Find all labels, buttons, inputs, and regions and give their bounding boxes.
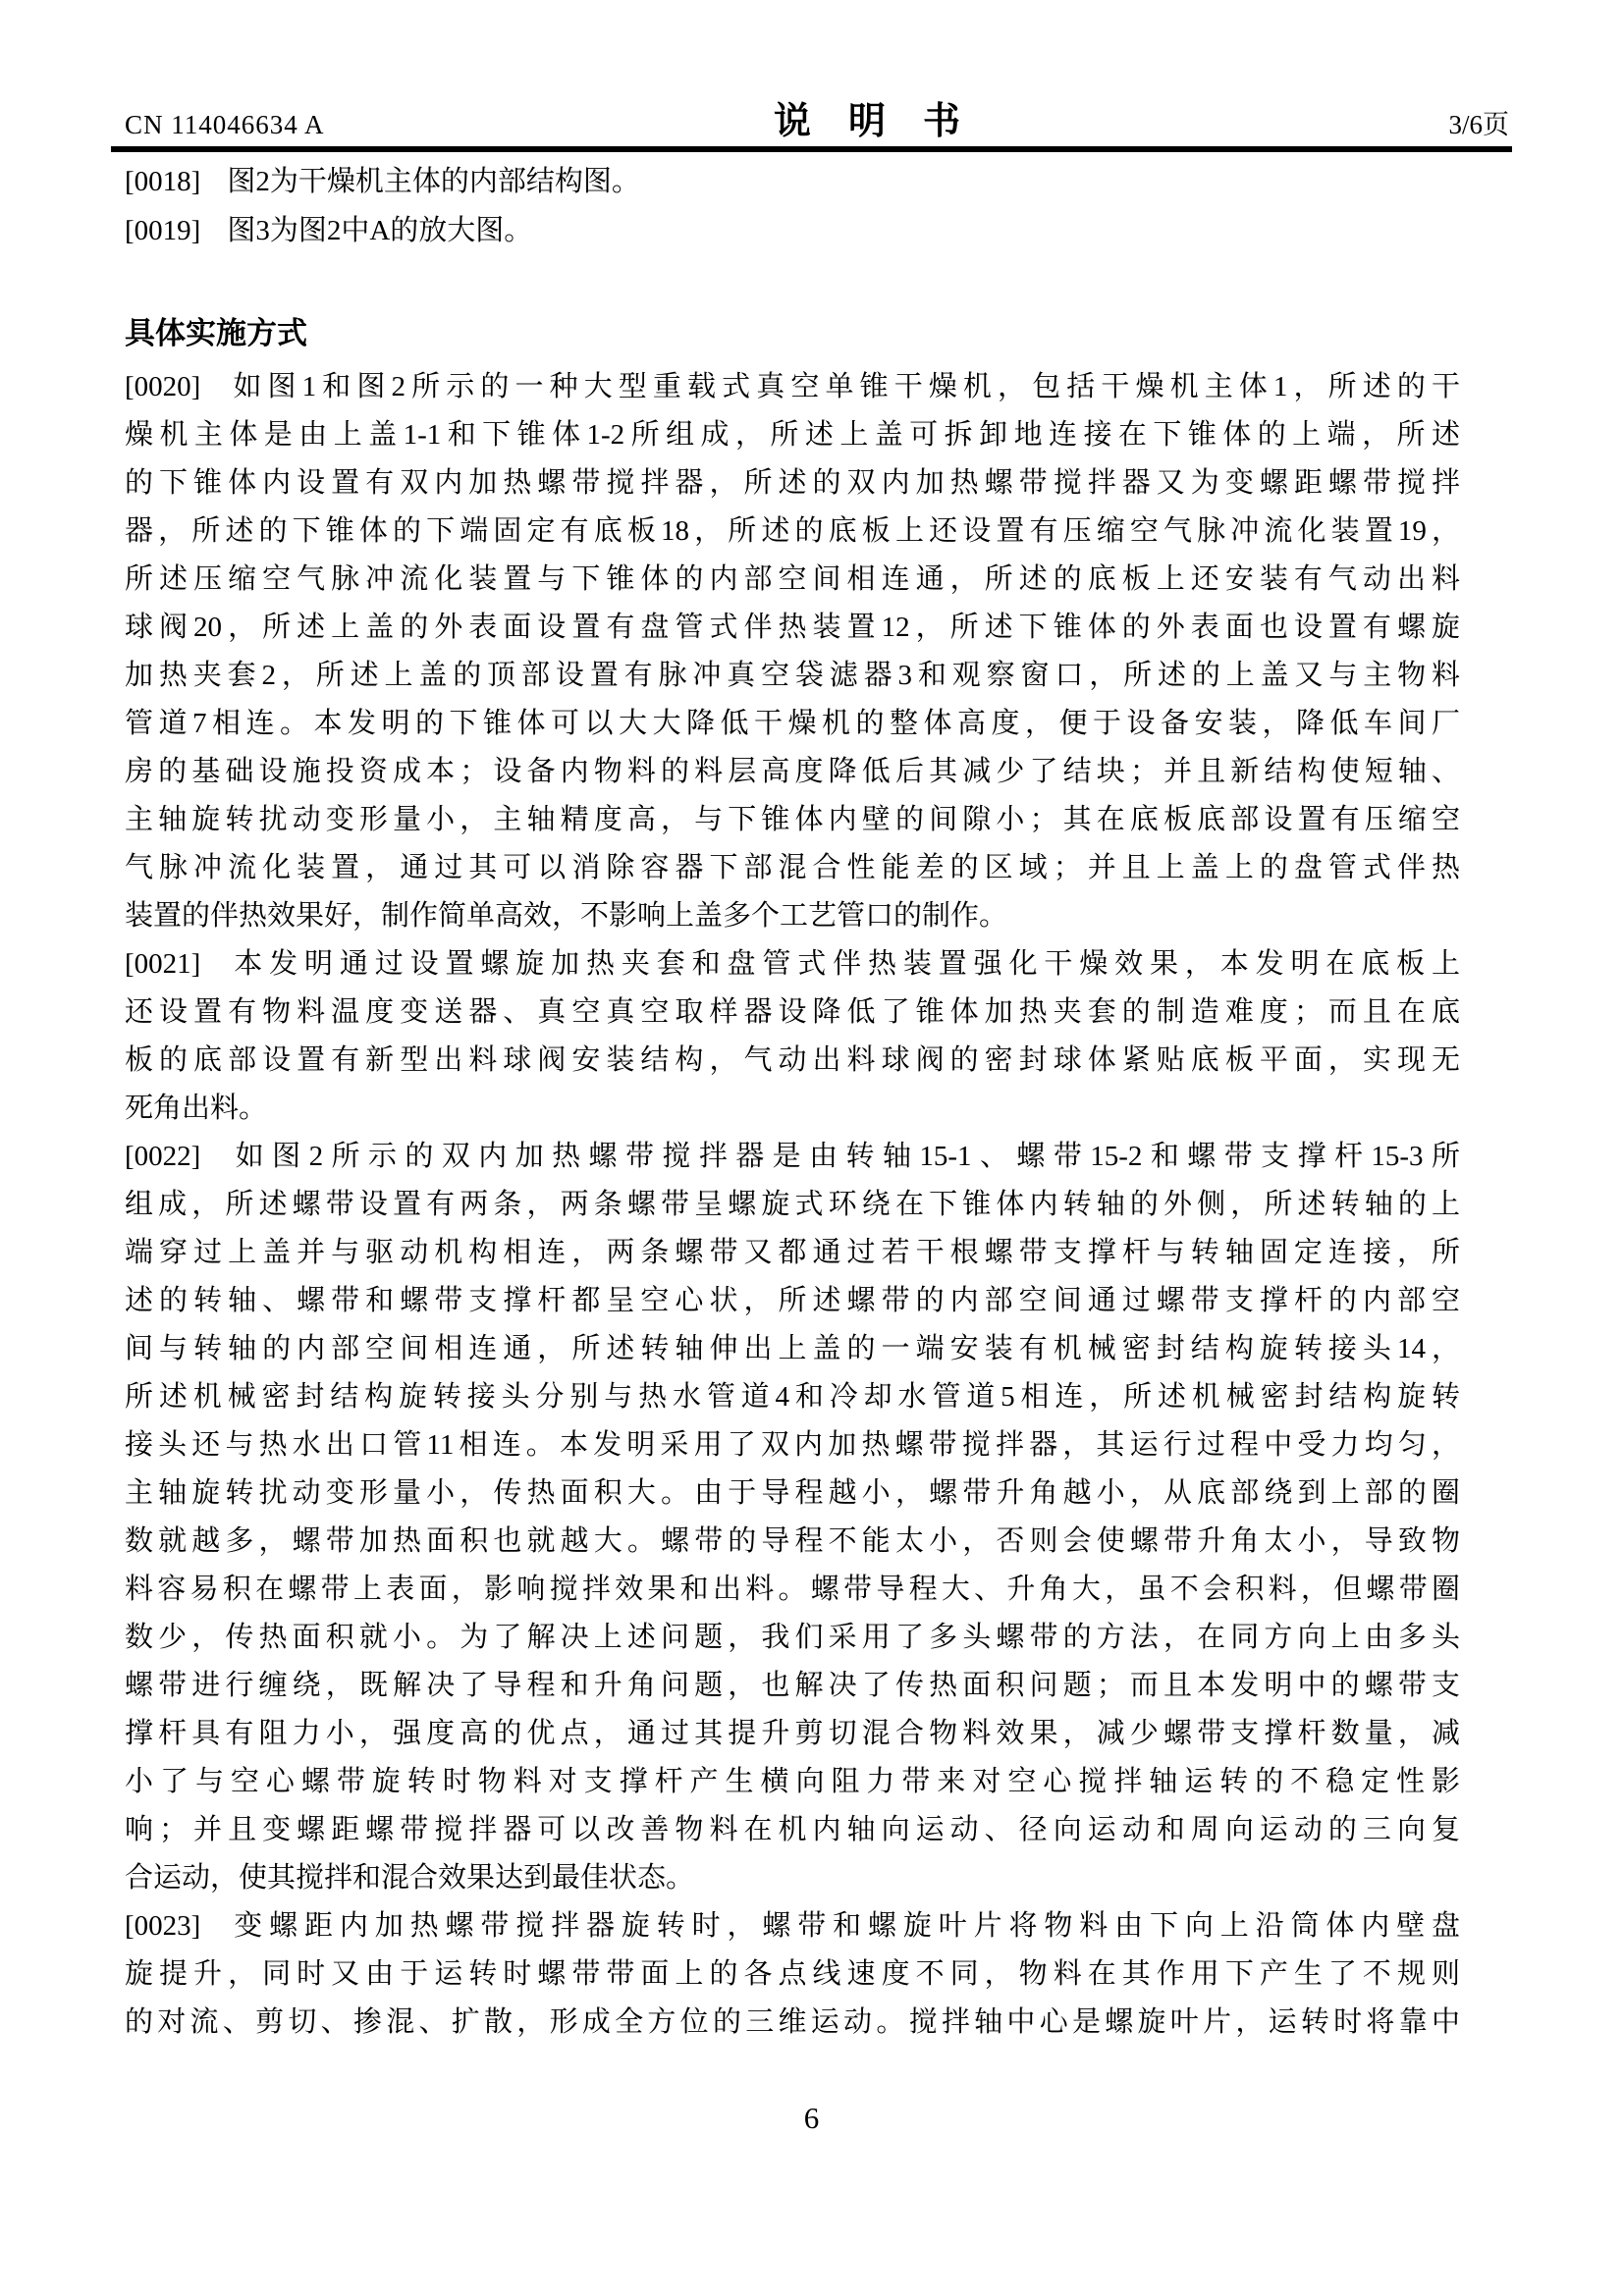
- paragraph-id: [0020]: [125, 363, 200, 411]
- paragraph-text: 房的基础设施投资成本；设备内物料的料层高度降低后其减少了结块；并且新结构使短轴、: [125, 756, 1460, 787]
- paragraph-text: 端穿过上盖并与驱动机构相连，两条螺带又都通过若干根螺带支撑杆与转轴固定连接，所: [125, 1237, 1460, 1268]
- paragraph-text: 主轴旋转扰动变形量小，主轴精度高，与下锥体内壁的间隙小；其在底板底部设置有压缩空: [125, 804, 1460, 835]
- paragraph-text: 变螺距内加热螺带搅拌器旋转时，螺带和螺旋叶片将物料由下向上沿筒体内壁盘: [227, 1910, 1460, 1942]
- paragraph-line: [0020]如图1和图2所示的一种大型重载式真空单锥干燥机，包括干燥机主体1，所…: [125, 363, 1460, 411]
- paragraph-text: 小了与空心螺带旋转时物料对支撑杆产生横向阻力带来对空心搅拌轴运转的不稳定性影: [125, 1766, 1460, 1797]
- paragraph-text: 螺带进行缠绕，既解决了导程和升角问题，也解决了传热面积问题；而且本发明中的螺带支: [125, 1670, 1460, 1701]
- paragraph-line: 撑杆具有阻力小，强度高的优点，通过其提升剪切混合物料效果，减少螺带支撑杆数量，减: [125, 1710, 1460, 1758]
- paragraph-text: 器，所述的下锥体的下端固定有底板18，所述的底板上还设置有压缩空气脉冲流化装置1…: [125, 515, 1460, 547]
- paragraph-text: 旋提升，同时又由于运转时螺带带面上的各点线速度不同，物料在其作用下产生了不规则: [125, 1958, 1460, 1990]
- paragraph-text: 所述机械密封结构旋转接头分别与热水管道4和冷却水管道5相连，所述机械密封结构旋转: [125, 1381, 1460, 1413]
- page-indicator: 3/6页: [1448, 103, 1509, 141]
- paragraph-line: 螺带进行缠绕，既解决了导程和升角问题，也解决了传热面积问题；而且本发明中的螺带支: [125, 1662, 1460, 1710]
- paragraph-text: 响；并且变螺距螺带搅拌器可以改善物料在机内轴向运动、径向运动和周向运动的三向复: [125, 1814, 1460, 1845]
- section-heading: 具体实施方式: [125, 314, 307, 353]
- paragraph-text: 的下锥体内设置有双内加热螺带搅拌器，所述的双内加热螺带搅拌器又为变螺距螺带搅拌: [125, 467, 1460, 499]
- paragraph-text: 板的底部设置有新型出料球阀安装结构，气动出料球阀的密封球体紧贴底板平面，实现无: [125, 1044, 1460, 1076]
- paragraph-text: 本发明通过设置螺旋加热夹套和盘管式伴热装置强化干燥效果，本发明在底板上: [227, 948, 1460, 980]
- document-number: CN 114046634 A: [125, 110, 325, 140]
- paragraph-line: 料容易积在螺带上表面，影响搅拌效果和出料。螺带导程大、升角大，虽不会积料，但螺带…: [125, 1566, 1460, 1614]
- paragraph-text: 管道7相连。本发明的下锥体可以大大降低干燥机的整体高度，便于设备安装，降低车间厂: [125, 708, 1460, 739]
- paragraph-line: 接头还与热水出口管11相连。本发明采用了双内加热螺带搅拌器，其运行过程中受力均匀…: [125, 1421, 1460, 1469]
- paragraph-id: [0018]: [125, 157, 200, 206]
- paragraph-line: 所述机械密封结构旋转接头分别与热水管道4和冷却水管道5相连，所述机械密封结构旋转: [125, 1373, 1460, 1421]
- paragraph-line: 组成，所述螺带设置有两条，两条螺带呈螺旋式环绕在下锥体内转轴的外侧，所述转轴的上: [125, 1181, 1460, 1229]
- paragraph-text: 死角出料。: [125, 1093, 267, 1124]
- paragraph-text: 如图2所示的双内加热螺带搅拌器是由转轴15-1、螺带15-2和螺带支撑杆15-3…: [227, 1141, 1460, 1172]
- paragraph-text: 数少，传热面积就小。为了解决上述问题，我们采用了多头螺带的方法，在同方向上由多头: [125, 1622, 1460, 1653]
- header-divider-rule: [111, 146, 1512, 152]
- paragraph-id: [0023]: [125, 1902, 200, 1950]
- paragraph-id: [0021]: [125, 940, 200, 988]
- paragraph-text: 装置的伴热效果好，制作简单高效，不影响上盖多个工艺管口的制作。: [125, 900, 1007, 932]
- paragraph-text: 撑杆具有阻力小，强度高的优点，通过其提升剪切混合物料效果，减少螺带支撑杆数量，减: [125, 1718, 1460, 1749]
- paragraph-line: [0021]本发明通过设置螺旋加热夹套和盘管式伴热装置强化干燥效果，本发明在底板…: [125, 940, 1460, 988]
- paragraph-text: 所述压缩空气脉冲流化装置与下锥体的内部空间相连通，所述的底板上还安装有气动出料: [125, 563, 1460, 595]
- paragraph-text: 气脉冲流化装置，通过其可以消除容器下部混合性能差的区域；并且上盖上的盘管式伴热: [125, 852, 1460, 883]
- paragraph-id: [0022]: [125, 1133, 200, 1181]
- paragraph-line: [0018]图2为干燥机主体的内部结构图。: [125, 157, 1460, 206]
- paragraph-line: 主轴旋转扰动变形量小，传热面积大。由于导程越小，螺带升角越小，从底部绕到上部的圈: [125, 1469, 1460, 1518]
- figure-description-paragraphs: [0018]图2为干燥机主体的内部结构图。[0019]图3为图2中A的放大图。: [125, 157, 1460, 255]
- paragraph-text: 图3为图2中A的放大图。: [227, 215, 532, 246]
- paragraph-line: 球阀20，所述上盖的外表面设置有盘管式伴热装置12，所述下锥体的外表面也设置有螺…: [125, 604, 1460, 652]
- paragraph-line: 的下锥体内设置有双内加热螺带搅拌器，所述的双内加热螺带搅拌器又为变螺距螺带搅拌: [125, 459, 1460, 507]
- paragraph-text: 数就越多，螺带加热面积也就越大。螺带的导程不能太小，否则会使螺带升角太小，导致物: [125, 1525, 1460, 1557]
- patent-description-page: CN 114046634 A 说 明 书 3/6页 [0018]图2为干燥机主体…: [0, 0, 1623, 2296]
- paragraph-text: 图2为干燥机主体的内部结构图。: [227, 166, 640, 197]
- paragraph-line: 板的底部设置有新型出料球阀安装结构，气动出料球阀的密封球体紧贴底板平面，实现无: [125, 1037, 1460, 1085]
- description-paragraphs: [0020]如图1和图2所示的一种大型重载式真空单锥干燥机，包括干燥机主体1，所…: [125, 363, 1460, 2047]
- paragraph-line: [0019]图3为图2中A的放大图。: [125, 206, 1460, 255]
- paragraph-line: 述的转轴、螺带和螺带支撑杆都呈空心状，所述螺带的内部空间通过螺带支撑杆的内部空: [125, 1277, 1460, 1325]
- paragraph-line: 加热夹套2，所述上盖的顶部设置有脉冲真空袋滤器3和观察窗口，所述的上盖又与主物料: [125, 652, 1460, 700]
- paragraph-line: 间与转轴的内部空间相连通，所述转轴伸出上盖的一端安装有机械密封结构旋转接头14，: [125, 1325, 1460, 1373]
- page-number: 6: [804, 2101, 820, 2135]
- paragraph-line: 房的基础设施投资成本；设备内物料的料层高度降低后其减少了结块；并且新结构使短轴、: [125, 748, 1460, 796]
- paragraph-line: 死角出料。: [125, 1085, 1460, 1133]
- paragraph-line: 数少，传热面积就小。为了解决上述问题，我们采用了多头螺带的方法，在同方向上由多头: [125, 1614, 1460, 1662]
- paragraph-line: 的对流、剪切、掺混、扩散，形成全方位的三维运动。搅拌轴中心是螺旋叶片，运转时将靠…: [125, 1999, 1460, 2047]
- paragraph-id: [0019]: [125, 206, 200, 255]
- paragraph-line: 燥机主体是由上盖1-1和下锥体1-2所组成，所述上盖可拆卸地连接在下锥体的上端，…: [125, 411, 1460, 459]
- paragraph-line: 装置的伴热效果好，制作简单高效，不影响上盖多个工艺管口的制作。: [125, 892, 1460, 940]
- paragraph-text: 接头还与热水出口管11相连。本发明采用了双内加热螺带搅拌器，其运行过程中受力均匀…: [125, 1429, 1460, 1461]
- page-title: 说 明 书: [774, 90, 960, 144]
- paragraph-line: 响；并且变螺距螺带搅拌器可以改善物料在机内轴向运动、径向运动和周向运动的三向复: [125, 1806, 1460, 1854]
- paragraph-text: 间与转轴的内部空间相连通，所述转轴伸出上盖的一端安装有机械密封结构旋转接头14，: [125, 1333, 1460, 1364]
- paragraph-line: 器，所述的下锥体的下端固定有底板18，所述的底板上还设置有压缩空气脉冲流化装置1…: [125, 507, 1460, 556]
- paragraph-line: [0023]变螺距内加热螺带搅拌器旋转时，螺带和螺旋叶片将物料由下向上沿筒体内壁…: [125, 1902, 1460, 1950]
- page-header: CN 114046634 A 说 明 书 3/6页: [125, 90, 1509, 137]
- paragraph-text: 如图1和图2所示的一种大型重载式真空单锥干燥机，包括干燥机主体1，所述的干: [227, 371, 1460, 402]
- paragraph-text: 燥机主体是由上盖1-1和下锥体1-2所组成，所述上盖可拆卸地连接在下锥体的上端，…: [125, 419, 1460, 451]
- paragraph-line: 还设置有物料温度变送器、真空真空取样器设降低了锥体加热夹套的制造难度；而且在底: [125, 988, 1460, 1037]
- paragraph-text: 述的转轴、螺带和螺带支撑杆都呈空心状，所述螺带的内部空间通过螺带支撑杆的内部空: [125, 1285, 1460, 1316]
- paragraph-line: 主轴旋转扰动变形量小，主轴精度高，与下锥体内壁的间隙小；其在底板底部设置有压缩空: [125, 796, 1460, 844]
- paragraph-line: 所述压缩空气脉冲流化装置与下锥体的内部空间相连通，所述的底板上还安装有气动出料: [125, 556, 1460, 604]
- paragraph-line: 气脉冲流化装置，通过其可以消除容器下部混合性能差的区域；并且上盖上的盘管式伴热: [125, 844, 1460, 892]
- paragraph-text: 主轴旋转扰动变形量小，传热面积大。由于导程越小，螺带升角越小，从底部绕到上部的圈: [125, 1477, 1460, 1509]
- paragraph-text: 的对流、剪切、掺混、扩散，形成全方位的三维运动。搅拌轴中心是螺旋叶片，运转时将靠…: [125, 2006, 1460, 2038]
- paragraph-line: 合运动，使其搅拌和混合效果达到最佳状态。: [125, 1854, 1460, 1902]
- page-footer: 6: [0, 2099, 1623, 2138]
- paragraph-text: 料容易积在螺带上表面，影响搅拌效果和出料。螺带导程大、升角大，虽不会积料，但螺带…: [125, 1574, 1460, 1605]
- paragraph-text: 加热夹套2，所述上盖的顶部设置有脉冲真空袋滤器3和观察窗口，所述的上盖又与主物料: [125, 660, 1460, 691]
- paragraph-line: 端穿过上盖并与驱动机构相连，两条螺带又都通过若干根螺带支撑杆与转轴固定连接，所: [125, 1229, 1460, 1277]
- paragraph-text: 球阀20，所述上盖的外表面设置有盘管式伴热装置12，所述下锥体的外表面也设置有螺…: [125, 612, 1460, 643]
- paragraph-line: 管道7相连。本发明的下锥体可以大大降低干燥机的整体高度，便于设备安装，降低车间厂: [125, 700, 1460, 748]
- paragraph-text: 还设置有物料温度变送器、真空真空取样器设降低了锥体加热夹套的制造难度；而且在底: [125, 996, 1460, 1028]
- paragraph-line: [0022]如图2所示的双内加热螺带搅拌器是由转轴15-1、螺带15-2和螺带支…: [125, 1133, 1460, 1181]
- paragraph-line: 数就越多，螺带加热面积也就越大。螺带的导程不能太小，否则会使螺带升角太小，导致物: [125, 1518, 1460, 1566]
- paragraph-line: 小了与空心螺带旋转时物料对支撑杆产生横向阻力带来对空心搅拌轴运转的不稳定性影: [125, 1758, 1460, 1806]
- paragraph-text: 组成，所述螺带设置有两条，两条螺带呈螺旋式环绕在下锥体内转轴的外侧，所述转轴的上: [125, 1189, 1460, 1220]
- paragraph-line: 旋提升，同时又由于运转时螺带带面上的各点线速度不同，物料在其作用下产生了不规则: [125, 1950, 1460, 1999]
- paragraph-text: 合运动，使其搅拌和混合效果达到最佳状态。: [125, 1862, 694, 1894]
